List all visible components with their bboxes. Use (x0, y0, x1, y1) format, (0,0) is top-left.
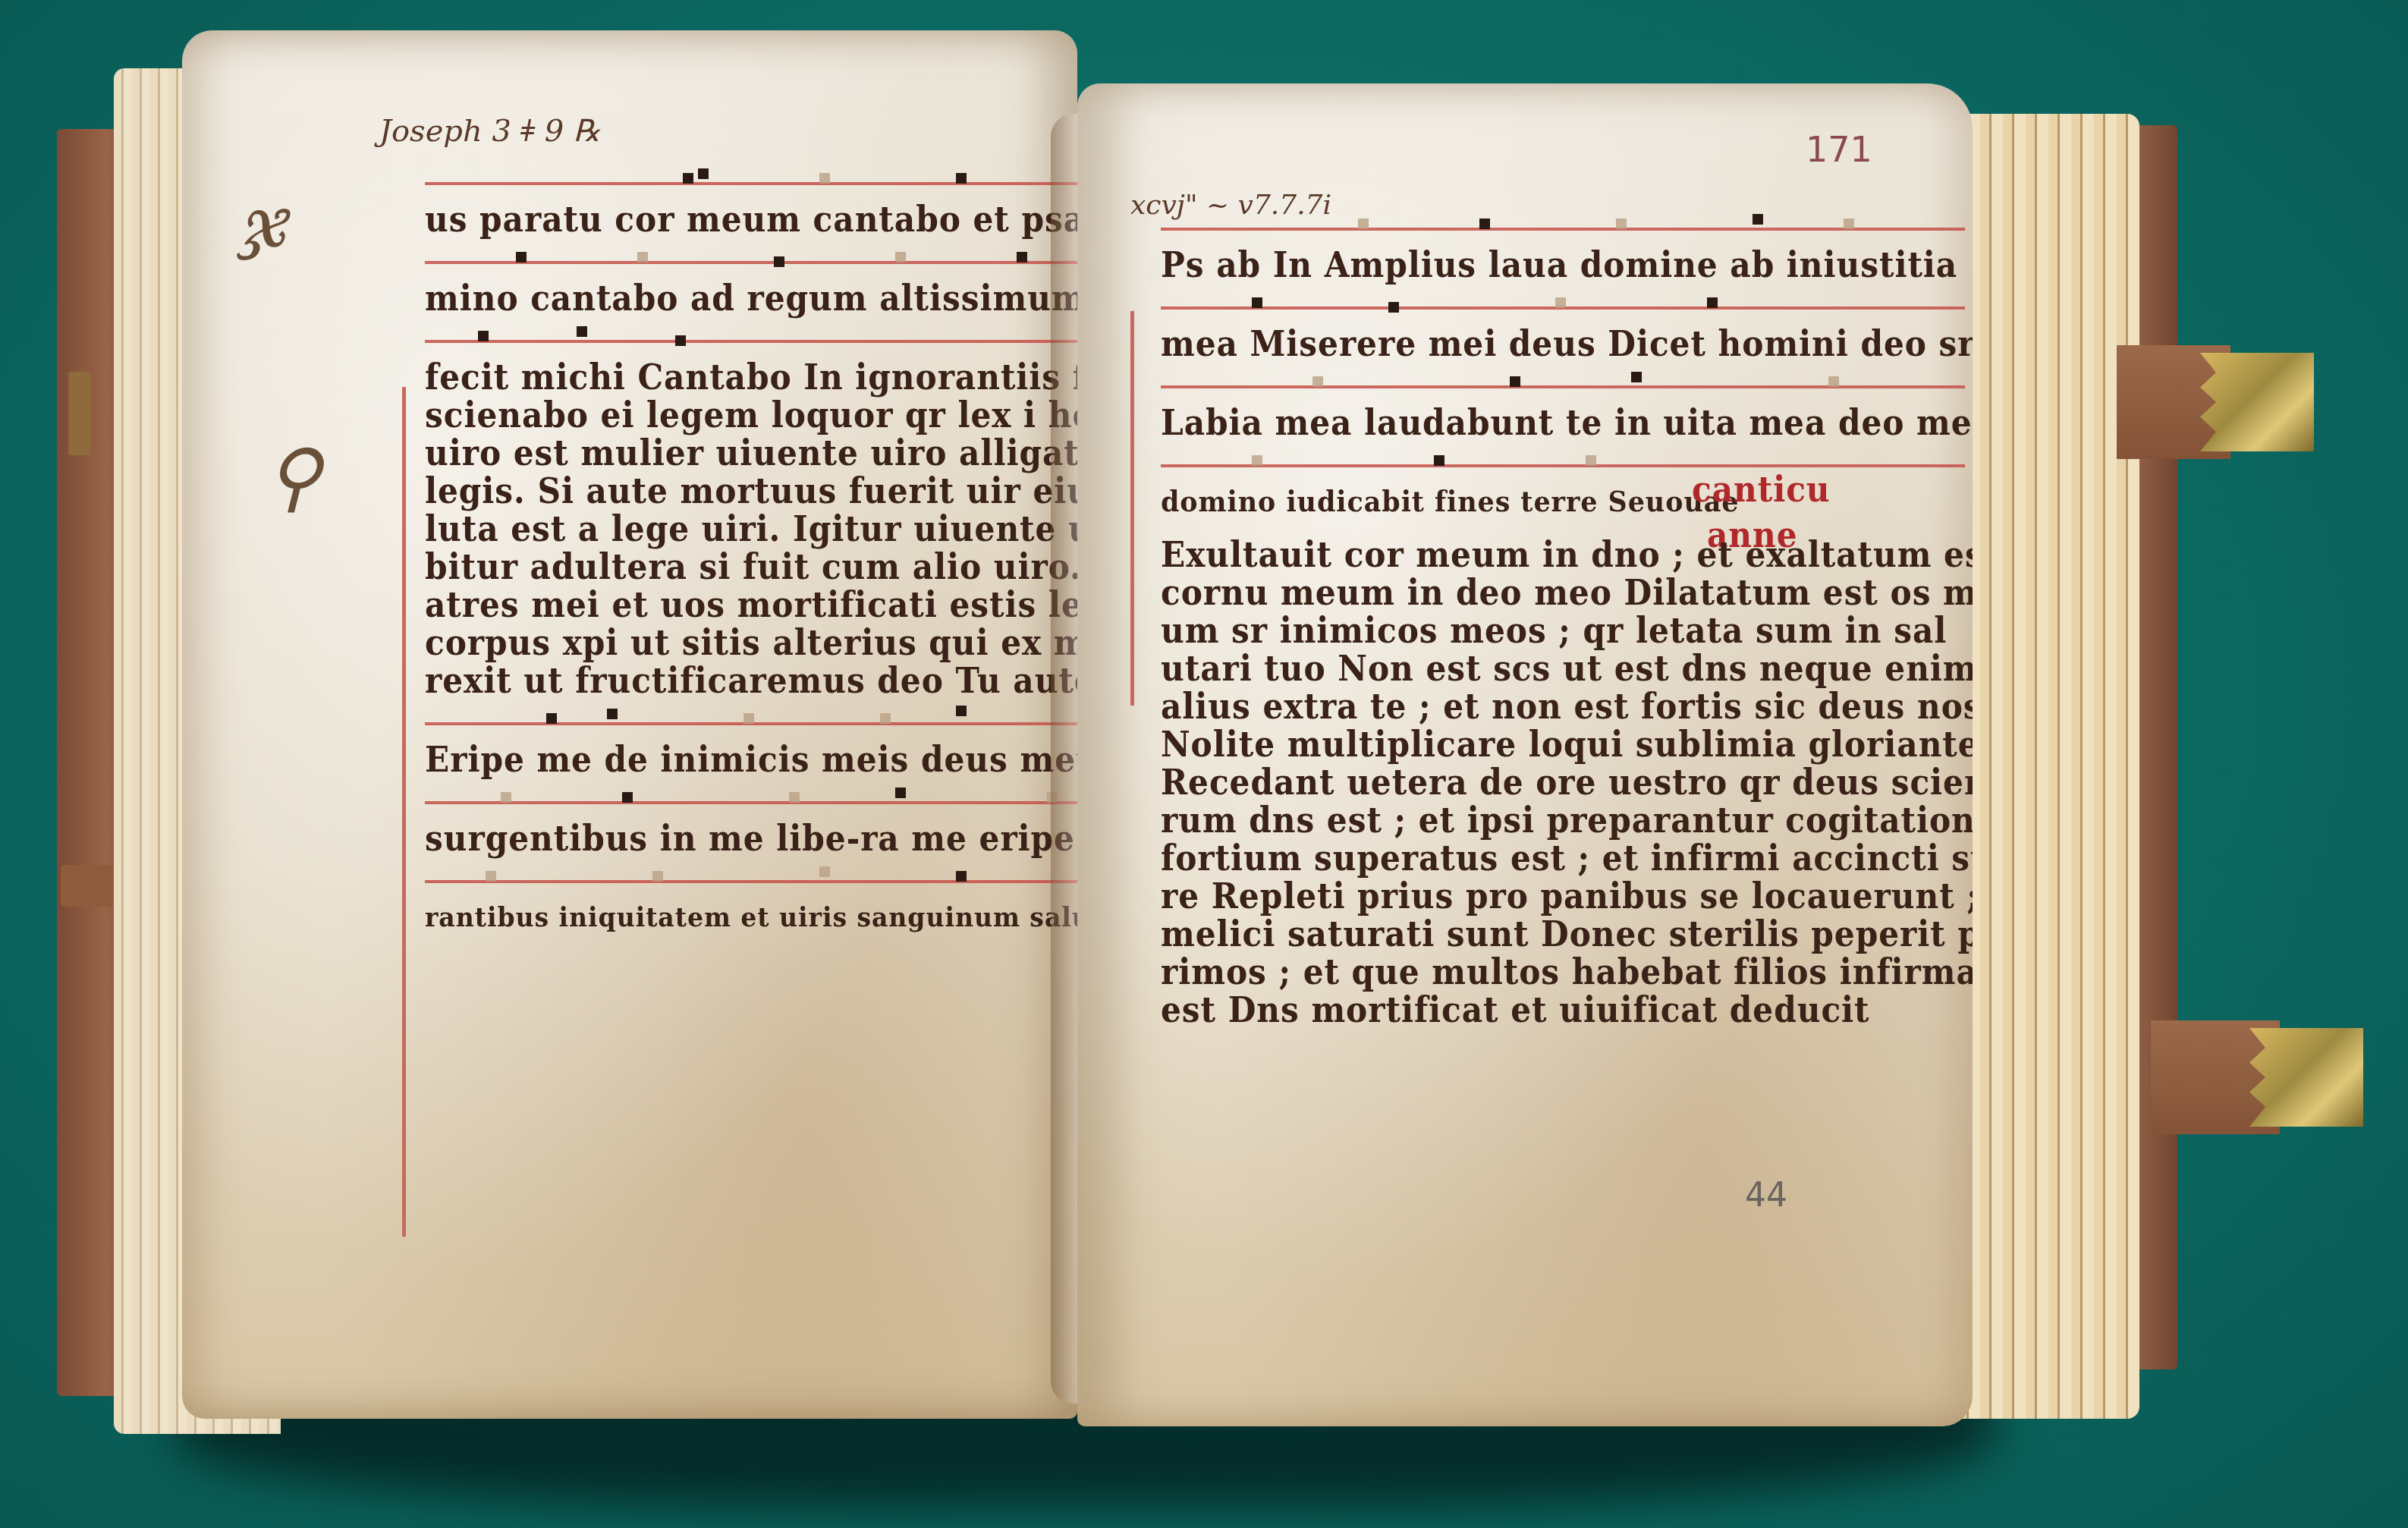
text-line: luta est a lege uiri. Igitur uiuente uir… (425, 510, 1077, 548)
upper-brass-clasp (2117, 345, 2322, 459)
tree-drawing-icon: ⚲ (266, 432, 321, 521)
text-line: rum dns est ; et ipsi preparantur cogita… (1161, 801, 1900, 839)
music-staff (425, 165, 1077, 196)
pencil-number: 44 (1745, 1176, 1787, 1215)
rubric-border (402, 387, 406, 1237)
text-line: Exultauit cor meum in dno ; et exaltatum… (1161, 536, 1900, 574)
text-line: fecit michi Cantabo In ignorantiis fres … (425, 358, 1077, 396)
text-line: Labia mea laudabunt te in uita mea deo m… (1161, 404, 1900, 442)
text-line: alius extra te ; et non est fortis sic d… (1161, 687, 1900, 725)
rubric-border (1130, 311, 1134, 706)
text-line: mea Miserere mei deus Dicet homini deo s… (1161, 325, 1900, 363)
lower-brass-clasp (2151, 1020, 2371, 1134)
text-line: Recedant uetera de ore uestro qr deus sc… (1161, 763, 1900, 801)
text-line: rimos ; et que multos habebat filios inf… (1161, 953, 1900, 991)
text-line: re Repleti prius pro panibus se locaueru… (1161, 877, 1900, 915)
text-line: melici saturati sunt Donec sterilis pepe… (1161, 915, 1900, 953)
text-line: bitur adultera si fuit cum alio uiro. It… (425, 548, 1077, 586)
text-line: atres mei et uos mortificati estis legi … (425, 586, 1077, 624)
music-staff (425, 706, 1077, 736)
text-line: um sr inimicos meos ; qr letata sum in s… (1161, 612, 1900, 649)
music-staff (425, 244, 1077, 275)
right-text-block: Ps ab In Amplius laua domine ab iniustit… (1161, 205, 1965, 1029)
left-text-block: us paratu cor meum cantabo et psallmum d… (425, 159, 1077, 936)
text-line: us paratu cor meum cantabo et psallmum d… (425, 200, 1077, 238)
text-line: rexit ut fructificaremus deo Tu autem do… (425, 662, 1077, 700)
text-line: est Dns mortificat et uiuificat deducit (1161, 991, 1900, 1029)
music-staff (1161, 211, 1965, 241)
top-annotation: Joseph 3 ǂ 9 ℞ (379, 114, 601, 149)
music-staff (425, 323, 1077, 354)
music-staff (1161, 369, 1965, 399)
music-staff (1161, 448, 1965, 478)
fore-edge-tab-small (68, 372, 91, 455)
music-staff (425, 863, 1077, 894)
text-line: mino cantabo ad regum altissimum deum qu… (425, 279, 1077, 317)
text-line: rantibus iniquitatem et uiris sanguinum … (425, 898, 1077, 936)
text-line: utari tuo Non est scs ut est dns neque e… (1161, 649, 1900, 687)
grotesque-figure-drawing-icon: ჯ (243, 182, 290, 262)
music-staff (425, 784, 1077, 815)
rubric-heading: canticu (1692, 470, 1831, 508)
text-line: Eripe me de inimicis meis deus meus et a… (425, 740, 1077, 778)
text-line: uiro est mulier uiuente uiro alligata es… (425, 434, 1077, 472)
music-staff (1161, 290, 1965, 320)
text-line: Ps ab In Amplius laua domine ab iniustit… (1161, 246, 1900, 284)
text-line: fortium superatus est ; et infirmi accin… (1161, 839, 1900, 877)
text-line: cornu meum in deo meo Dilatatum est os m… (1161, 574, 1900, 612)
text-line: surgentibus in me libe-ra me eripe me de… (425, 819, 1077, 857)
left-page: Joseph 3 ǂ 9 ℞ ჯ ⚲ us paratu cor meum ca… (182, 30, 1077, 1419)
text-line: legis. Si aute mortuus fuerit uir eius s… (425, 472, 1077, 510)
text-line: scienabo ei legem loquor qr lex i hoie d… (425, 396, 1077, 434)
text-line: corpus xpi ut sitis alterius qui ex mort… (425, 624, 1077, 662)
brass-clasp-plate (2200, 353, 2314, 451)
right-page: 171 xcvj" ~ v7.7.7i 44 Ps ab In Amplius … (1077, 83, 1973, 1426)
text-line: Nolite multiplicare loqui sublimia glori… (1161, 725, 1900, 763)
folio-number: 171 (1806, 129, 1872, 170)
brass-clasp-plate (2249, 1028, 2363, 1127)
